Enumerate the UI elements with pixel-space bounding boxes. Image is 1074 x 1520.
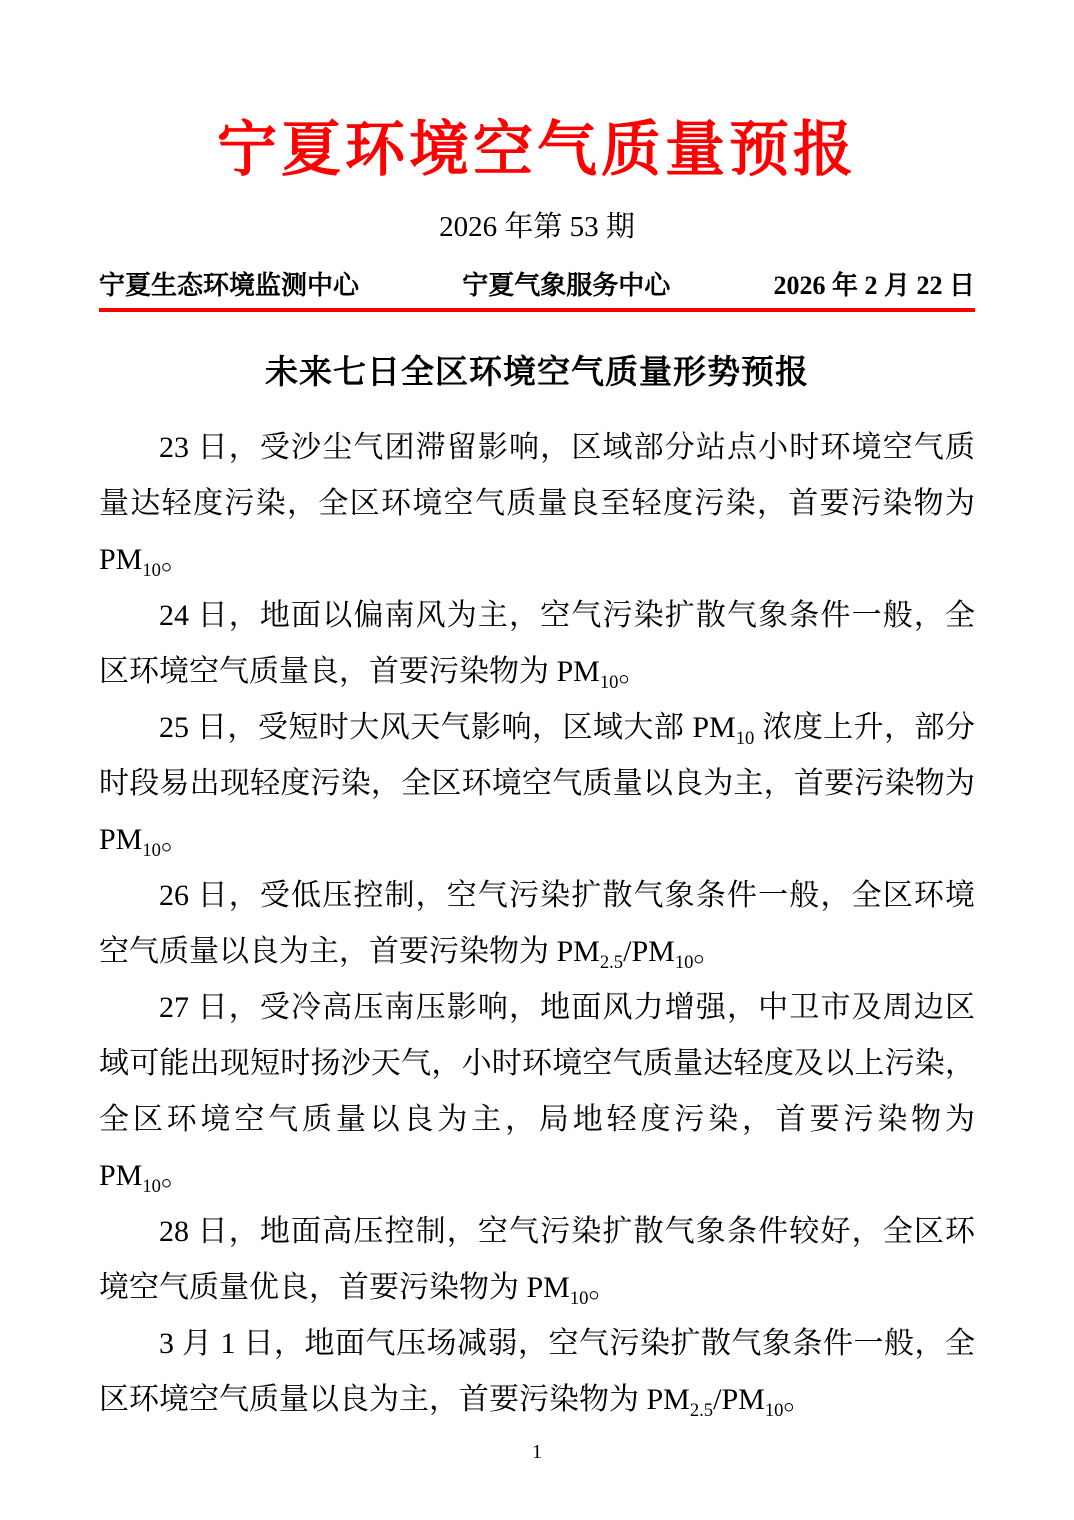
page-number: 1 — [0, 1440, 1074, 1464]
issue-number: 2026 年第 53 期 — [99, 210, 975, 244]
forecast-paragraph: 25 日，受短时大风天气影响，区域大部 PM10 浓度上升，部分时段易出现轻度污… — [99, 700, 975, 868]
report-page: 宁夏环境空气质量预报 2026 年第 53 期 宁夏生态环境监测中心 宁夏气象服… — [0, 0, 1074, 1520]
document-title: 宁夏环境空气质量预报 — [99, 114, 975, 186]
forecast-paragraph: 23 日，受沙尘气团滞留影响，区域部分站点小时环境空气质量达轻度污染，全区环境空… — [99, 420, 975, 588]
forecast-paragraph: 26 日，受低压控制，空气污染扩散气象条件一般，全区环境空气质量以良为主，首要污… — [99, 868, 975, 980]
forecast-paragraph: 24 日，地面以偏南风为主，空气污染扩散气象条件一般，全区环境空气质量良，首要污… — [99, 588, 975, 700]
forecast-paragraph: 3 月 1 日，地面气压场减弱，空气污染扩散气象条件一般，全区环境空气质量以良为… — [99, 1316, 975, 1428]
section-title: 未来七日全区环境空气质量形势预报 — [99, 352, 975, 392]
forecast-paragraph: 28 日，地面高压控制，空气污染扩散气象条件较好，全区环境空气质量优良，首要污染… — [99, 1204, 975, 1316]
issuer-row: 宁夏生态环境监测中心 宁夏气象服务中心 2026 年 2 月 22 日 — [99, 271, 975, 301]
forecast-paragraph: 27 日，受冷高压南压影响，地面风力增强，中卫市及周边区域可能出现短时扬沙天气，… — [99, 980, 975, 1204]
header-divider-rule — [99, 308, 975, 312]
issue-date: 2026 年 2 月 22 日 — [773, 271, 975, 301]
issuer-center-org: 宁夏气象服务中心 — [462, 271, 670, 301]
forecast-body: 23 日，受沙尘气团滞留影响，区域部分站点小时环境空气质量达轻度污染，全区环境空… — [99, 420, 975, 1428]
issuer-left-org: 宁夏生态环境监测中心 — [99, 271, 359, 301]
